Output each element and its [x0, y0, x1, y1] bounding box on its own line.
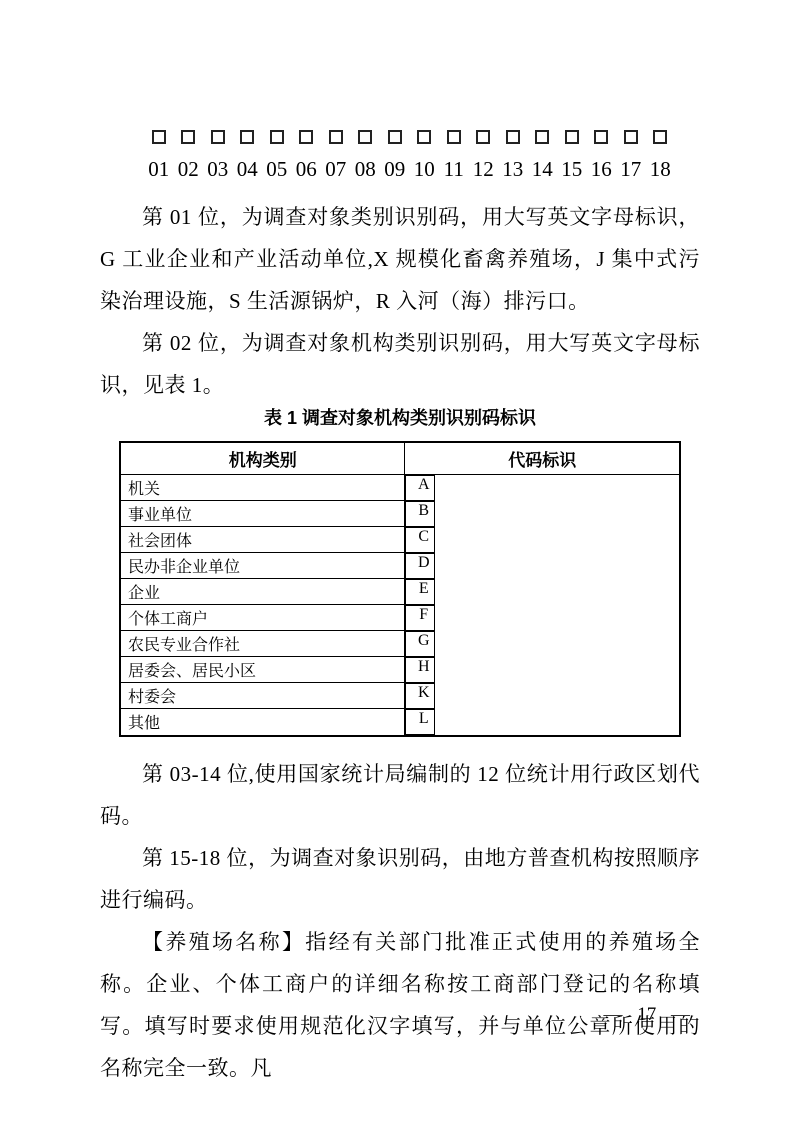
code-cell: C: [405, 527, 435, 553]
code-position-cell: 05: [262, 130, 292, 181]
code-position-cell: 17: [616, 130, 646, 181]
code-cell: G: [405, 631, 435, 657]
table-header-category: 机构类别: [120, 442, 405, 474]
code-position-cell: 02: [174, 130, 204, 181]
code-box: [329, 130, 343, 144]
paragraph: 第 03-14 位,使用国家统计局编制的 12 位统计用行政区划代码。: [100, 753, 700, 837]
code-box: [417, 130, 431, 144]
paragraph: 第 02 位，为调查对象机构类别识别码，用大写英文字母标识，见表 1。: [100, 322, 700, 406]
code-position-label: 15: [561, 157, 582, 181]
code-position-cell: 09: [380, 130, 410, 181]
footer-right-dash: —: [671, 1004, 690, 1026]
table-row: 农民专业合作社 G: [120, 631, 680, 657]
code-position-cell: 15: [557, 130, 587, 181]
code-position-label: 08: [355, 157, 376, 181]
code-position-label: 14: [532, 157, 553, 181]
category-cell: 民办非企业单位: [120, 553, 405, 579]
body-paragraphs: 第 03-14 位,使用国家统计局编制的 12 位统计用行政区划代码。 第 15…: [100, 753, 700, 1089]
category-cell: 社会团体: [120, 527, 405, 553]
code-position-cell: 11: [439, 130, 469, 181]
code-cell: L: [405, 709, 435, 735]
code-position-label: 11: [444, 157, 464, 181]
table-row: 村委会 K: [120, 683, 680, 709]
code-position-cell: 10: [410, 130, 440, 181]
code-position-label: 10: [414, 157, 435, 181]
code-box: [624, 130, 638, 144]
code-cell: K: [405, 683, 435, 709]
code-position-cell: 16: [587, 130, 617, 181]
table-row: 居委会、居民小区 H: [120, 657, 680, 683]
code-position-label: 02: [178, 157, 199, 181]
code-box: [653, 130, 667, 144]
category-cell: 居委会、居民小区: [120, 657, 405, 683]
code-box: [388, 130, 402, 144]
code-position-label: 03: [207, 157, 228, 181]
code-box: [506, 130, 520, 144]
table-header-code: 代码标识: [405, 442, 680, 474]
category-cell: 村委会: [120, 683, 405, 709]
code-position-label: 17: [620, 157, 641, 181]
institution-code-table: 机构类别 代码标识 机关 A 事业单位 B 社会团体 C: [119, 441, 681, 737]
code-box: [152, 130, 166, 144]
table-row: 其他 L: [120, 709, 680, 736]
code-cell: A: [405, 475, 435, 501]
category-cell: 农民专业合作社: [120, 631, 405, 657]
paragraph: 第 15-18 位，为调查对象识别码，由地方普查机构按照顺序进行编码。: [100, 837, 700, 921]
code-position-label: 09: [384, 157, 405, 181]
code-box: [565, 130, 579, 144]
code-box: [594, 130, 608, 144]
code-box: [181, 130, 195, 144]
table-body: 机关 A 事业单位 B 社会团体 C 民办非企业单位 D: [120, 474, 680, 736]
code-box: [535, 130, 549, 144]
category-cell: 个体工商户: [120, 605, 405, 631]
category-cell: 机关: [120, 474, 405, 501]
code-box: [358, 130, 372, 144]
code-box: [447, 130, 461, 144]
code-position-cell: 01: [144, 130, 174, 181]
table-row: 个体工商户 F: [120, 605, 680, 631]
code-box: [211, 130, 225, 144]
code-box: [240, 130, 254, 144]
code-position-cell: 12: [469, 130, 499, 181]
code-position-cell: 03: [203, 130, 233, 181]
page-number: 17: [637, 1004, 656, 1026]
code-cell: E: [405, 579, 435, 605]
code-position-label: 01: [148, 157, 169, 181]
document-page: 01 02 03 04 05 06: [0, 0, 800, 1131]
footer-left-dash: —: [604, 1004, 623, 1026]
code-position-cell: 13: [498, 130, 528, 181]
table-row: 机关 A: [120, 474, 680, 501]
code-position-cell: 04: [233, 130, 263, 181]
code-box: [270, 130, 284, 144]
code-cell: B: [405, 501, 435, 527]
table-header: 机构类别 代码标识: [120, 442, 680, 474]
category-cell: 企业: [120, 579, 405, 605]
code-position-cell: 06: [292, 130, 322, 181]
code-position-cell: 08: [351, 130, 381, 181]
code-position-label: 16: [591, 157, 612, 181]
paragraph: 第 01 位，为调查对象类别识别码，用大写英文字母标识，G 工业企业和产业活动单…: [100, 196, 700, 322]
table-title: 表 1 调查对象机构类别识别码标识: [100, 404, 700, 430]
code-position-label: 12: [473, 157, 494, 181]
code-position-label: 18: [650, 157, 671, 181]
code-position-cell: 18: [646, 130, 676, 181]
code-position-label: 13: [502, 157, 523, 181]
category-cell: 其他: [120, 709, 405, 736]
code-position-label: 05: [266, 157, 287, 181]
table-row: 民办非企业单位 D: [120, 553, 680, 579]
code-position-label: 06: [296, 157, 317, 181]
table-row: 企业 E: [120, 579, 680, 605]
code-position-label: 07: [325, 157, 346, 181]
code-position-label: 04: [237, 157, 258, 181]
code-cell: F: [405, 605, 435, 631]
code-cell: D: [405, 553, 435, 579]
code-cell: H: [405, 657, 435, 683]
code-position-cell: 07: [321, 130, 351, 181]
table-row: 社会团体 C: [120, 527, 680, 553]
category-cell: 事业单位: [120, 501, 405, 527]
code-position-cell: 14: [528, 130, 558, 181]
intro-paragraphs: 第 01 位，为调查对象类别识别码，用大写英文字母标识，G 工业企业和产业活动单…: [100, 196, 700, 406]
code-box: [299, 130, 313, 144]
code-box: [476, 130, 490, 144]
page-footer: — 17 —: [100, 1004, 700, 1026]
table-row: 事业单位 B: [120, 501, 680, 527]
code-digit-strip: 01 02 03 04 05 06: [144, 130, 675, 181]
